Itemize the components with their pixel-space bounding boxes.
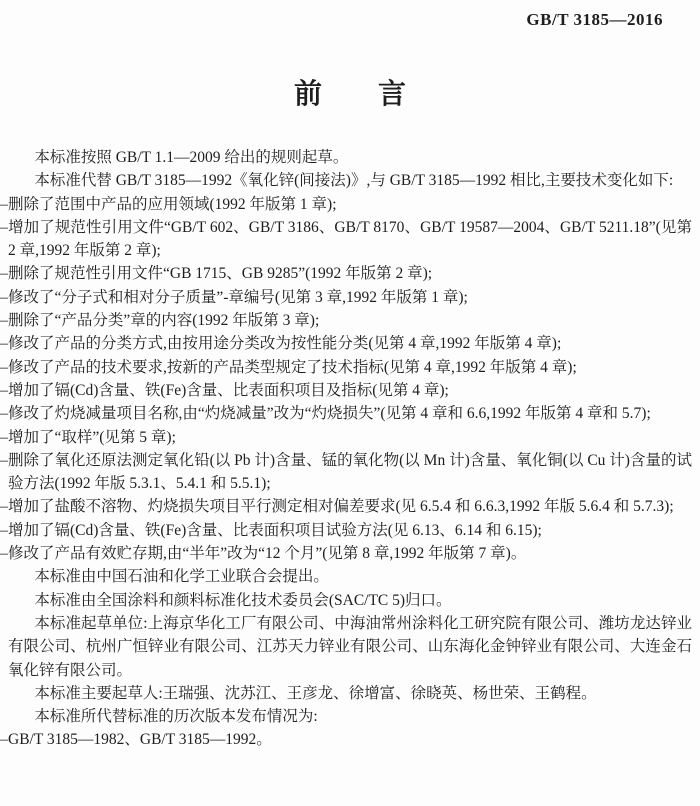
standard-number: GB/T 3185—2016 <box>526 10 663 30</box>
document-page: GB/T 3185—2016 前言 本标准按照 GB/T 1.1—2009 给出… <box>0 0 700 806</box>
change-item: ——修改了灼烧减量项目名称,由“灼烧减量”改为“灼烧损失”(见第 4 章和 6.… <box>8 402 692 425</box>
foreword-paragraph: 本标准代替 GB/T 3185—1992《氧化锌(间接法)》,与 GB/T 31… <box>8 169 692 192</box>
change-item: ——删除了氧化还原法测定氧化铅(以 Pb 计)含量、锰的氧化物(以 Mn 计)含… <box>8 449 692 496</box>
change-item: ——增加了规范性引用文件“GB/T 602、GB/T 3186、GB/T 817… <box>8 216 692 263</box>
foreword-paragraph: 本标准由全国涂料和颜料标准化技术委员会(SAC/TC 5)归口。 <box>8 589 692 612</box>
foreword-paragraph: 本标准由中国石油和化学工业联合会提出。 <box>8 565 692 588</box>
change-item: ——增加了镉(Cd)含量、铁(Fe)含量、比表面积项目及指标(见第 4 章); <box>8 379 692 402</box>
change-item: ——增加了“取样”(见第 5 章); <box>8 426 692 449</box>
foreword-paragraph: 本标准主要起草人:王瑞强、沈苏江、王彦龙、徐增富、徐晓英、杨世荣、王鹤程。 <box>8 682 692 705</box>
change-item: ——删除了范围中产品的应用领域(1992 年版第 1 章); <box>8 193 692 216</box>
change-item: ——增加了盐酸不溶物、灼烧损失项目平行测定相对偏差要求(见 6.5.4 和 6.… <box>8 495 692 518</box>
change-item: ——修改了产品的分类方式,由按用途分类改为按性能分类(见第 4 章,1992 年… <box>8 332 692 355</box>
change-item: ——修改了产品的技术要求,按新的产品类型规定了技术指标(见第 4 章,1992 … <box>8 356 692 379</box>
change-item: ——GB/T 3185—1982、GB/T 3185—1992。 <box>8 728 692 751</box>
page-title: 前言 <box>0 72 700 112</box>
change-item: ——删除了“产品分类”章的内容(1992 年版第 3 章); <box>8 309 692 332</box>
change-item: ——修改了“分子式和相对分子质量”-章编号(见第 3 章,1992 年版第 1 … <box>8 286 692 309</box>
foreword-paragraph: 本标准按照 GB/T 1.1—2009 给出的规则起草。 <box>8 146 692 169</box>
foreword-body: 本标准按照 GB/T 1.1—2009 给出的规则起草。 本标准代替 GB/T … <box>8 146 692 752</box>
foreword-paragraph: 本标准起草单位:上海京华化工厂有限公司、中海油常州涂料化工研究院有限公司、潍坊龙… <box>8 612 692 682</box>
change-item: ——删除了规范性引用文件“GB 1715、GB 9285”(1992 年版第 2… <box>8 262 692 285</box>
change-item: ——增加了镉(Cd)含量、铁(Fe)含量、比表面积项目试验方法(见 6.13、6… <box>8 519 692 542</box>
change-item: ——修改了产品有效贮存期,由“半年”改为“12 个月”(见第 8 章,1992 … <box>8 542 692 565</box>
foreword-paragraph: 本标准所代替标准的历次版本发布情况为: <box>8 705 692 728</box>
